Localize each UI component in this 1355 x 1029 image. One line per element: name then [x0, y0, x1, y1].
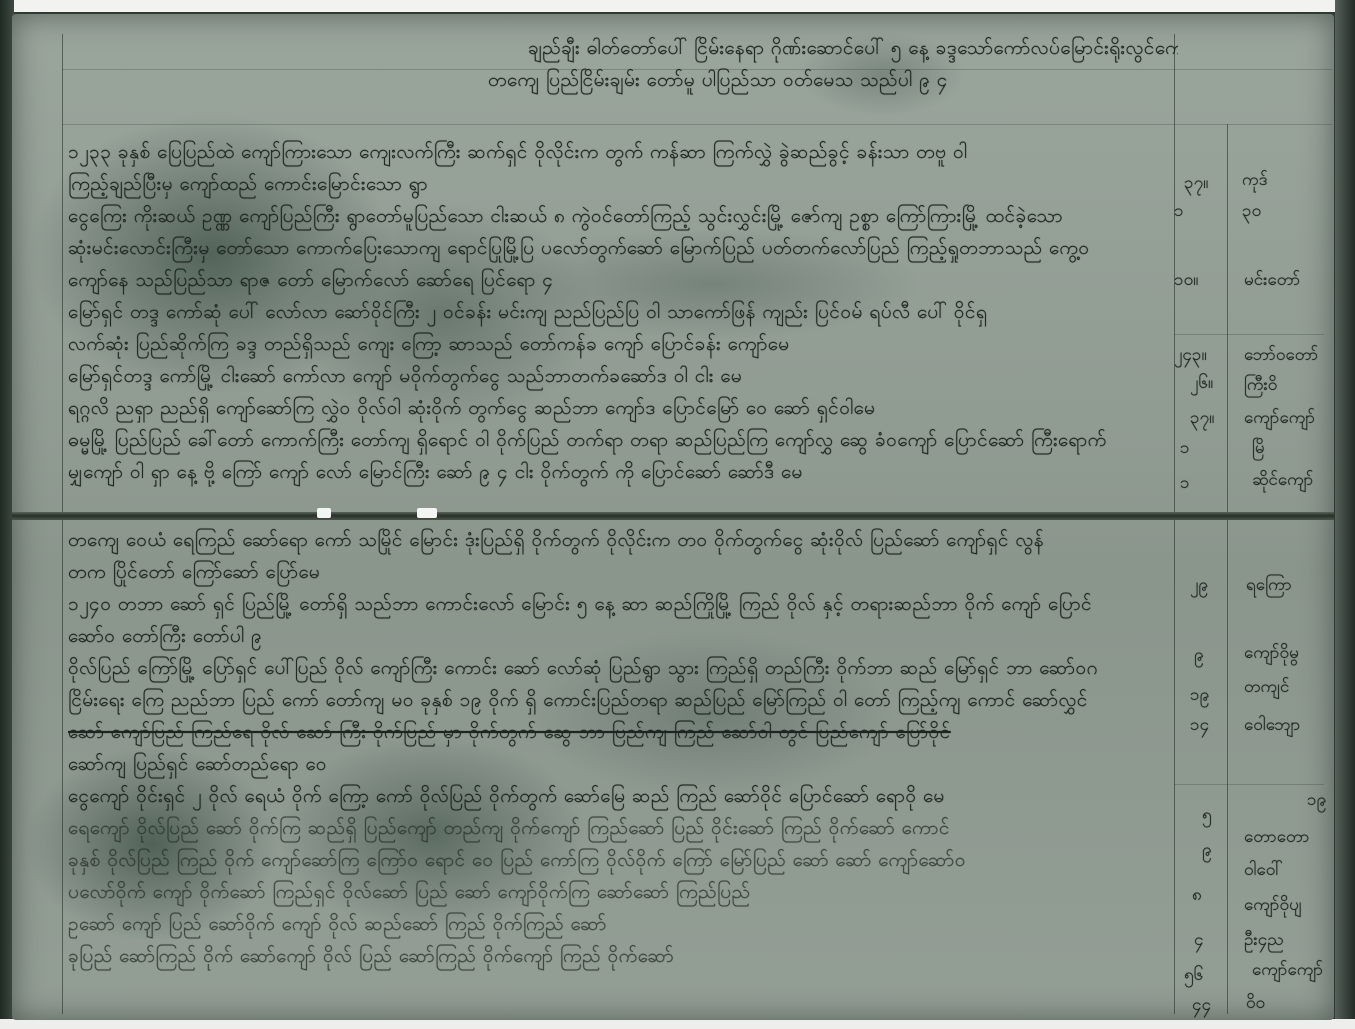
scan-right-edge [1335, 0, 1355, 1029]
margin-label: ဝိဝ [1246, 992, 1265, 1017]
margin-label: ဆိုင်ကျော် [1252, 469, 1313, 494]
margin-label: ၁၉ [1307, 789, 1326, 814]
margin-number: ၅ [1202, 804, 1212, 829]
margin-number: ၅၆ [1184, 964, 1203, 989]
text-line: ၁၂၃၃ ခုနှစ် ပြေပြည်ထဲ ကျော်ကြားသော ကျေးလ… [68, 136, 1178, 168]
heading-line: တကျေ ပြည်ငြိမ်းချမ်း တော်မူ ပါပြည်သာ ဝတ်… [68, 64, 1178, 96]
text-line: ဝိုလ်ပြည် ကြော်မြို့ ပြော်ရှင် ပေါ်ပြည် … [68, 652, 1178, 684]
heading-line: ချည်ချီး ဓါတ်တော်ပေါ် ငြိမ်းနေရာ ဂိုဏ်းဆ… [68, 32, 1178, 64]
margin-label: ဘော်ဝတော် [1244, 344, 1318, 369]
text-line: ဥဆော် ကျော် ပြည် ဆော်ဝိုက် ကျော် ဝိုလ် ဆ… [68, 908, 1178, 940]
margin-label: တောတော [1244, 826, 1310, 851]
margin-label: ကုဒ် [1242, 169, 1268, 194]
margin-label: တကျင် [1244, 676, 1289, 701]
text-line: ငွေကျော် ဝိုင်းရှင် ၂ ဝိုလ် ရေယံ ဝိုက် က… [68, 780, 1178, 812]
margin-number: ၃၇။ [1190, 407, 1214, 432]
margin-label: ဝေါဘျော [1244, 714, 1300, 739]
ruled-line [1174, 334, 1324, 335]
text-line: ခုနှစ် ဝိုလ်ပြည် ကြည် ဝိုက် ကျော်ဆော်ကြ … [68, 844, 1178, 876]
margin-number: ၁၄ [1190, 714, 1209, 739]
text-line: ကြည့်ချည်ပြီးမှ ကျော်ထည် ကောင်းမြောင်းသေ… [68, 168, 1178, 200]
text-line: လက်ဆုံး ပြည်ဆိုက်ကြ ခဒ္ဒ တည်ရှိသည် ကျေး … [68, 328, 1178, 360]
manuscript-sheet: ချည်ချီး ဓါတ်တော်ပေါ် ငြိမ်းနေရာ ဂိုဏ်းဆ… [12, 14, 1334, 1020]
text-line: ဆုံးမင်းလောင်းကြီးမှ တော်သော ကောက်ပြေးသေ… [68, 232, 1178, 264]
margin-number: ၂၉ [1190, 574, 1208, 599]
text-line: ဆော်ကျ ပြည်ရှင် ဆော်တည်ရော ဝေ [68, 748, 1178, 780]
ruled-line [1174, 784, 1324, 785]
text-line: ၁၂၄၀ တဘာ ဆော် ရှင် ပြည်မြို့ တော်ရှိ သည်… [68, 588, 1178, 620]
margin-column-rule [1227, 124, 1228, 1014]
text-line: ရေကျော် ဝိုလ်ပြည် ဆော် ဝိုက်ကြ ဆည်ရှိ ပြ… [68, 812, 1178, 844]
text-line: ဆော်ဝ တော်ကြီး တော်ပါ ၉ [68, 620, 1178, 652]
margin-number: ၁၀။ [1174, 269, 1198, 294]
scan-top-edge [0, 0, 1355, 12]
margin-label: ရကြော [1246, 574, 1292, 599]
margin-number: ၉ [1194, 644, 1204, 669]
struck-text-line: ဆော် ကျော်ပြည် ကြည်ရေ ဝိုလ် ဆော် ကြီး ဝိ… [68, 716, 1178, 748]
margin-label: ဦး၄ည [1244, 929, 1284, 954]
margin-label: မြိ [1252, 437, 1265, 462]
margin-label: ကြီးဝိ [1244, 374, 1277, 399]
margin-number: ၁ [1180, 472, 1190, 497]
text-line: ဓမ္မမြို့ ပြည်ပြည် ခေါ်တော် ကောက်ကြီး တေ… [68, 424, 1178, 456]
margin-label: ကျော်ဝိုမွ [1244, 642, 1299, 667]
top-text-block: ချည်ချီး ဓါတ်တော်ပေါ် ငြိမ်းနေရာ ဂိုဏ်းဆ… [68, 32, 1178, 488]
margin-number: ၂၄၃။ [1174, 344, 1207, 369]
margin-label: ကျော်ဝိုပျ [1244, 894, 1301, 919]
margin-number: ၈ [1192, 884, 1202, 909]
margin-number: ၉ [1202, 839, 1212, 864]
margin-number: ၃၇။ [1184, 172, 1208, 197]
text-line: ငြိမ်းရေး ကြေ ညည်ဘာ ပြည် ကော် တော်ကျ မဝ … [68, 684, 1178, 716]
text-line: ခုပြည် ဆော်ကြည် ဝိုက် ဆော်ကျော် ဝိုလ် ပြ… [68, 940, 1178, 972]
bottom-text-block: တကျေ ဝေယံ ရေကြည် ဆော်ရော ကော် သမြိုင် မြ… [68, 524, 1178, 972]
text-line: တက ပြိုင်တော် ကြော်ဆော် ပြော်မေ [68, 556, 1178, 588]
scan-bottom-edge [0, 1019, 1355, 1029]
margin-number: ၁၉ [1190, 684, 1209, 709]
margin-label: ကျော်ကျော် [1252, 959, 1323, 984]
margin-number: ၄၄ [1192, 994, 1211, 1019]
text-line: ပလော်ဝိုက် ကျော် ဝိုက်ဆော် ကြည်ရှင် ဝိုလ… [68, 876, 1178, 908]
text-line: တကျေ ဝေယံ ရေကြည် ဆော်ရော ကော် သမြိုင် မြ… [68, 524, 1178, 556]
margin-label: ကျော်ကျော် [1244, 407, 1315, 432]
fold-damage-mark [417, 508, 437, 518]
margin-number: ၁ [1180, 437, 1190, 462]
margin-label: ဝါဝေါ် [1244, 859, 1283, 884]
margin-number: ၂၆။ [1190, 372, 1213, 397]
left-margin-rule [62, 34, 63, 1014]
text-line: ကျော်နေ သည်ပြည်သာ ရာဇ တော် မြောက်လော် ဆေ… [68, 264, 1178, 296]
text-line: မြော်ရှင်တဒ္ဒ ကော်မြို့ ငါးဆော် ကော်လာ က… [68, 360, 1178, 392]
margin-number: ၄ [1194, 929, 1204, 954]
margin-number: ၁ [1174, 200, 1184, 225]
margin-label: ၃၀ [1242, 200, 1261, 225]
text-line: မျှကျော် ဝါ ရှာ နေ့ ဗို့ ကြော် ကျော် လော… [68, 456, 1178, 488]
text-line: မြော်ရှင် တဒ္ဒ ကော်ဆုံ ပေါ် လော်လာ ဆော်ဝ… [68, 296, 1178, 328]
text-line: ငွေကြေး ကိုးဆယ် ဥဏ္ဏ ကျော်ပြည်ကြီး ရွာတေ… [68, 200, 1178, 232]
text-line: ရဂ္ဂလိ ညရှာ ညည်ရှိ ကျော်ဆော်ကြ လွှဲဝ ဝို… [68, 392, 1178, 424]
page-fold-crease [12, 512, 1334, 520]
margin-label: မင်းတော် [1244, 269, 1300, 294]
fold-damage-mark [317, 508, 331, 518]
